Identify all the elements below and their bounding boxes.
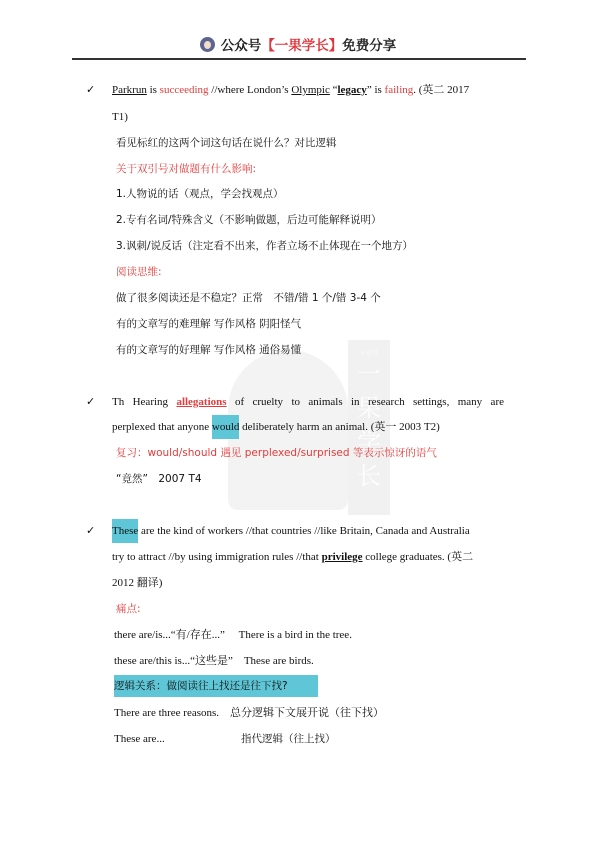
- note: 指代逻辑（往上找）: [241, 732, 336, 746]
- example-sentence-3: These are the kind of workers //that cou…: [112, 524, 470, 538]
- example-sentence-3-cont2: 2012 翻译): [112, 576, 162, 590]
- checkmark-icon: ✓: [86, 524, 95, 537]
- note: These are...: [114, 732, 165, 746]
- note: 有的文章写的好理解 写作风格 通俗易懂: [116, 343, 301, 357]
- page-header: 公众号【一果学长】免费分享: [0, 34, 596, 54]
- header-prefix: 公众号: [221, 38, 262, 54]
- highlight-would: would: [212, 415, 240, 439]
- example-sentence-2-cont: perplexed that anyone would deliberately…: [112, 420, 440, 434]
- example-sentence-2: Th Hearing allegations of cruelty to ani…: [112, 395, 504, 409]
- note: these are/this is...“这些是” These are bird…: [114, 654, 314, 668]
- note: there are/is...“有/存在...” There is a bird…: [114, 628, 352, 642]
- note-heading: 痛点:: [116, 602, 141, 616]
- example-sentence-1: Parkrun is succeeding //where London’s O…: [112, 83, 469, 97]
- header-suffix: 免费分享: [342, 38, 396, 54]
- note: 1.人物说的话（观点，学会找观点）: [116, 187, 284, 201]
- highlighted-note: 逻辑关系：做阅读往上找还是往下找?: [114, 675, 318, 697]
- highlight-these: These: [112, 519, 138, 543]
- review-note: 复习：would/should 遇见 perplexed/surprised 等…: [116, 446, 437, 460]
- avatar-icon: [200, 37, 215, 52]
- note: 有的文章写的难理解 写作风格 阴阳怪气: [116, 317, 301, 331]
- note-heading: 阅读思维:: [116, 265, 162, 279]
- checkmark-icon: ✓: [86, 395, 95, 408]
- example-sentence-1-cont: T1): [112, 110, 128, 124]
- checkmark-icon: ✓: [86, 83, 95, 96]
- note: 3.讽刺/说反话（注定看不出来，作者立场不止体现在一个地方）: [116, 239, 413, 253]
- note: There are three reasons. 总分逻辑下文展开说（往下找）: [114, 706, 384, 720]
- note-heading: 关于双引号对做题有什么影响:: [116, 162, 256, 176]
- header-brand: 【一果学长】: [261, 38, 342, 54]
- note: “竟然” 2007 T4: [116, 472, 202, 486]
- header-divider: [72, 58, 526, 60]
- note: 做了很多阅读还是不稳定？正常 不错/错 1 个/错 3-4 个: [116, 291, 381, 305]
- example-sentence-3-cont: try to attract //by using immigration ru…: [112, 550, 473, 564]
- note: 看见标红的这两个词这句话在说什么？对比逻辑: [116, 136, 337, 150]
- note: 2.专有名词/特殊含义（不影响做题，后边可能解释说明）: [116, 213, 382, 227]
